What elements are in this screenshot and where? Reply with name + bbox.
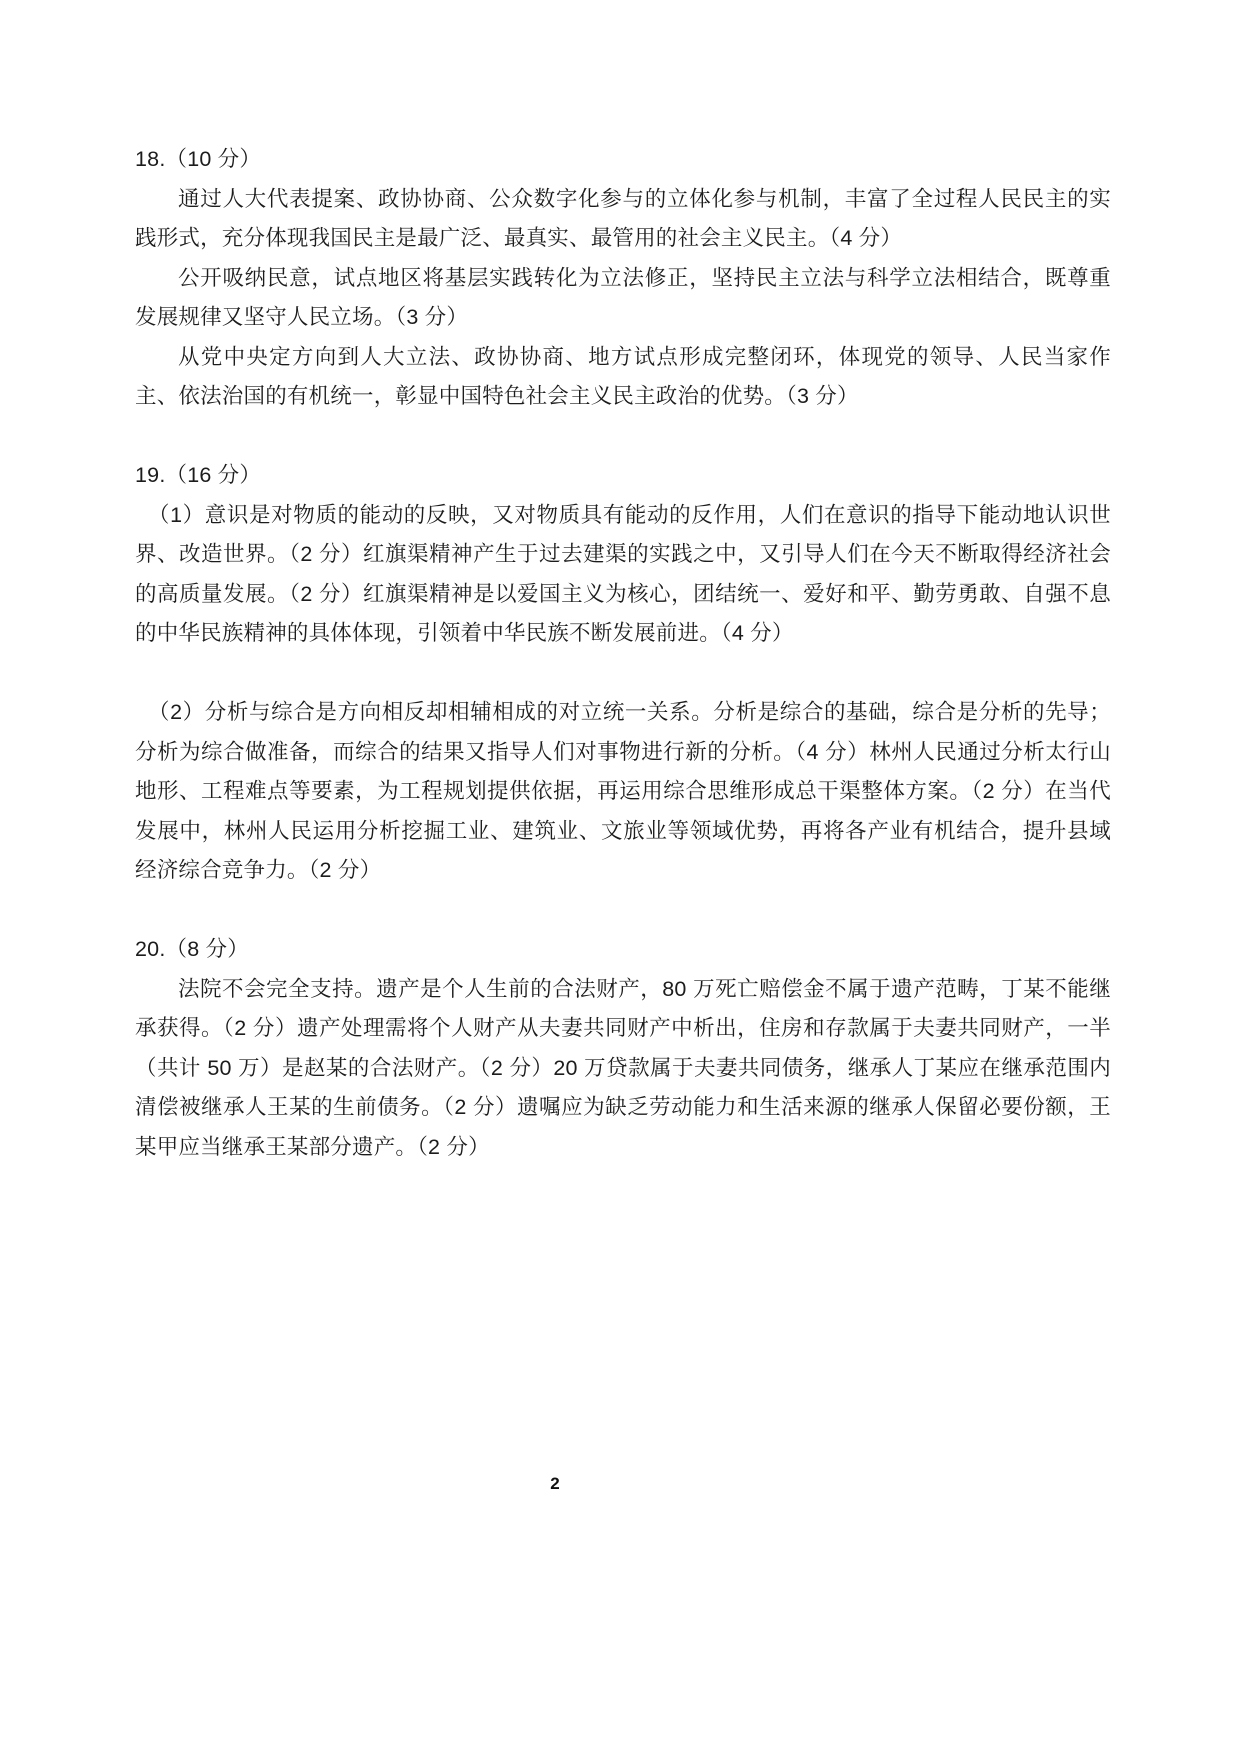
answer-paragraph: 法院不会完全支持。遗产是个人生前的合法财产，80 万死亡赔偿金不属于遗产范畴，丁…	[135, 970, 1111, 1168]
answer-sheet: 18.（10 分） 通过人大代表提案、政协协商、公众数字化参与的立体化参与机制，…	[135, 140, 1111, 1167]
answer-paragraph: （2）分析与综合是方向相反却相辅相成的对立统一关系。分析是综合的基础，综合是分析…	[135, 693, 1111, 891]
question-19-block: 19.（16 分） （1）意识是对物质的能动的反映，又对物质具有能动的反作用，人…	[135, 456, 1111, 891]
question-20-block: 20.（8 分） 法院不会完全支持。遗产是个人生前的合法财产，80 万死亡赔偿金…	[135, 930, 1111, 1167]
answer-paragraph: （1）意识是对物质的能动的反映，又对物质具有能动的反作用，人们在意识的指导下能动…	[135, 496, 1111, 654]
question-19-heading: 19.（16 分）	[135, 456, 1111, 496]
answer-paragraph: 从党中央定方向到人大立法、政协协商、地方试点形成完整闭环，体现党的领导、人民当家…	[135, 338, 1111, 417]
question-20-heading: 20.（8 分）	[135, 930, 1111, 970]
page-number: 2	[535, 1474, 575, 1494]
question-18-block: 18.（10 分） 通过人大代表提案、政协协商、公众数字化参与的立体化参与机制，…	[135, 140, 1111, 417]
answer-paragraph: 公开吸纳民意，试点地区将基层实践转化为立法修正，坚持民主立法与科学立法相结合，既…	[135, 259, 1111, 338]
question-18-heading: 18.（10 分）	[135, 140, 1111, 180]
answer-paragraph: 通过人大代表提案、政协协商、公众数字化参与的立体化参与机制，丰富了全过程人民民主…	[135, 180, 1111, 259]
